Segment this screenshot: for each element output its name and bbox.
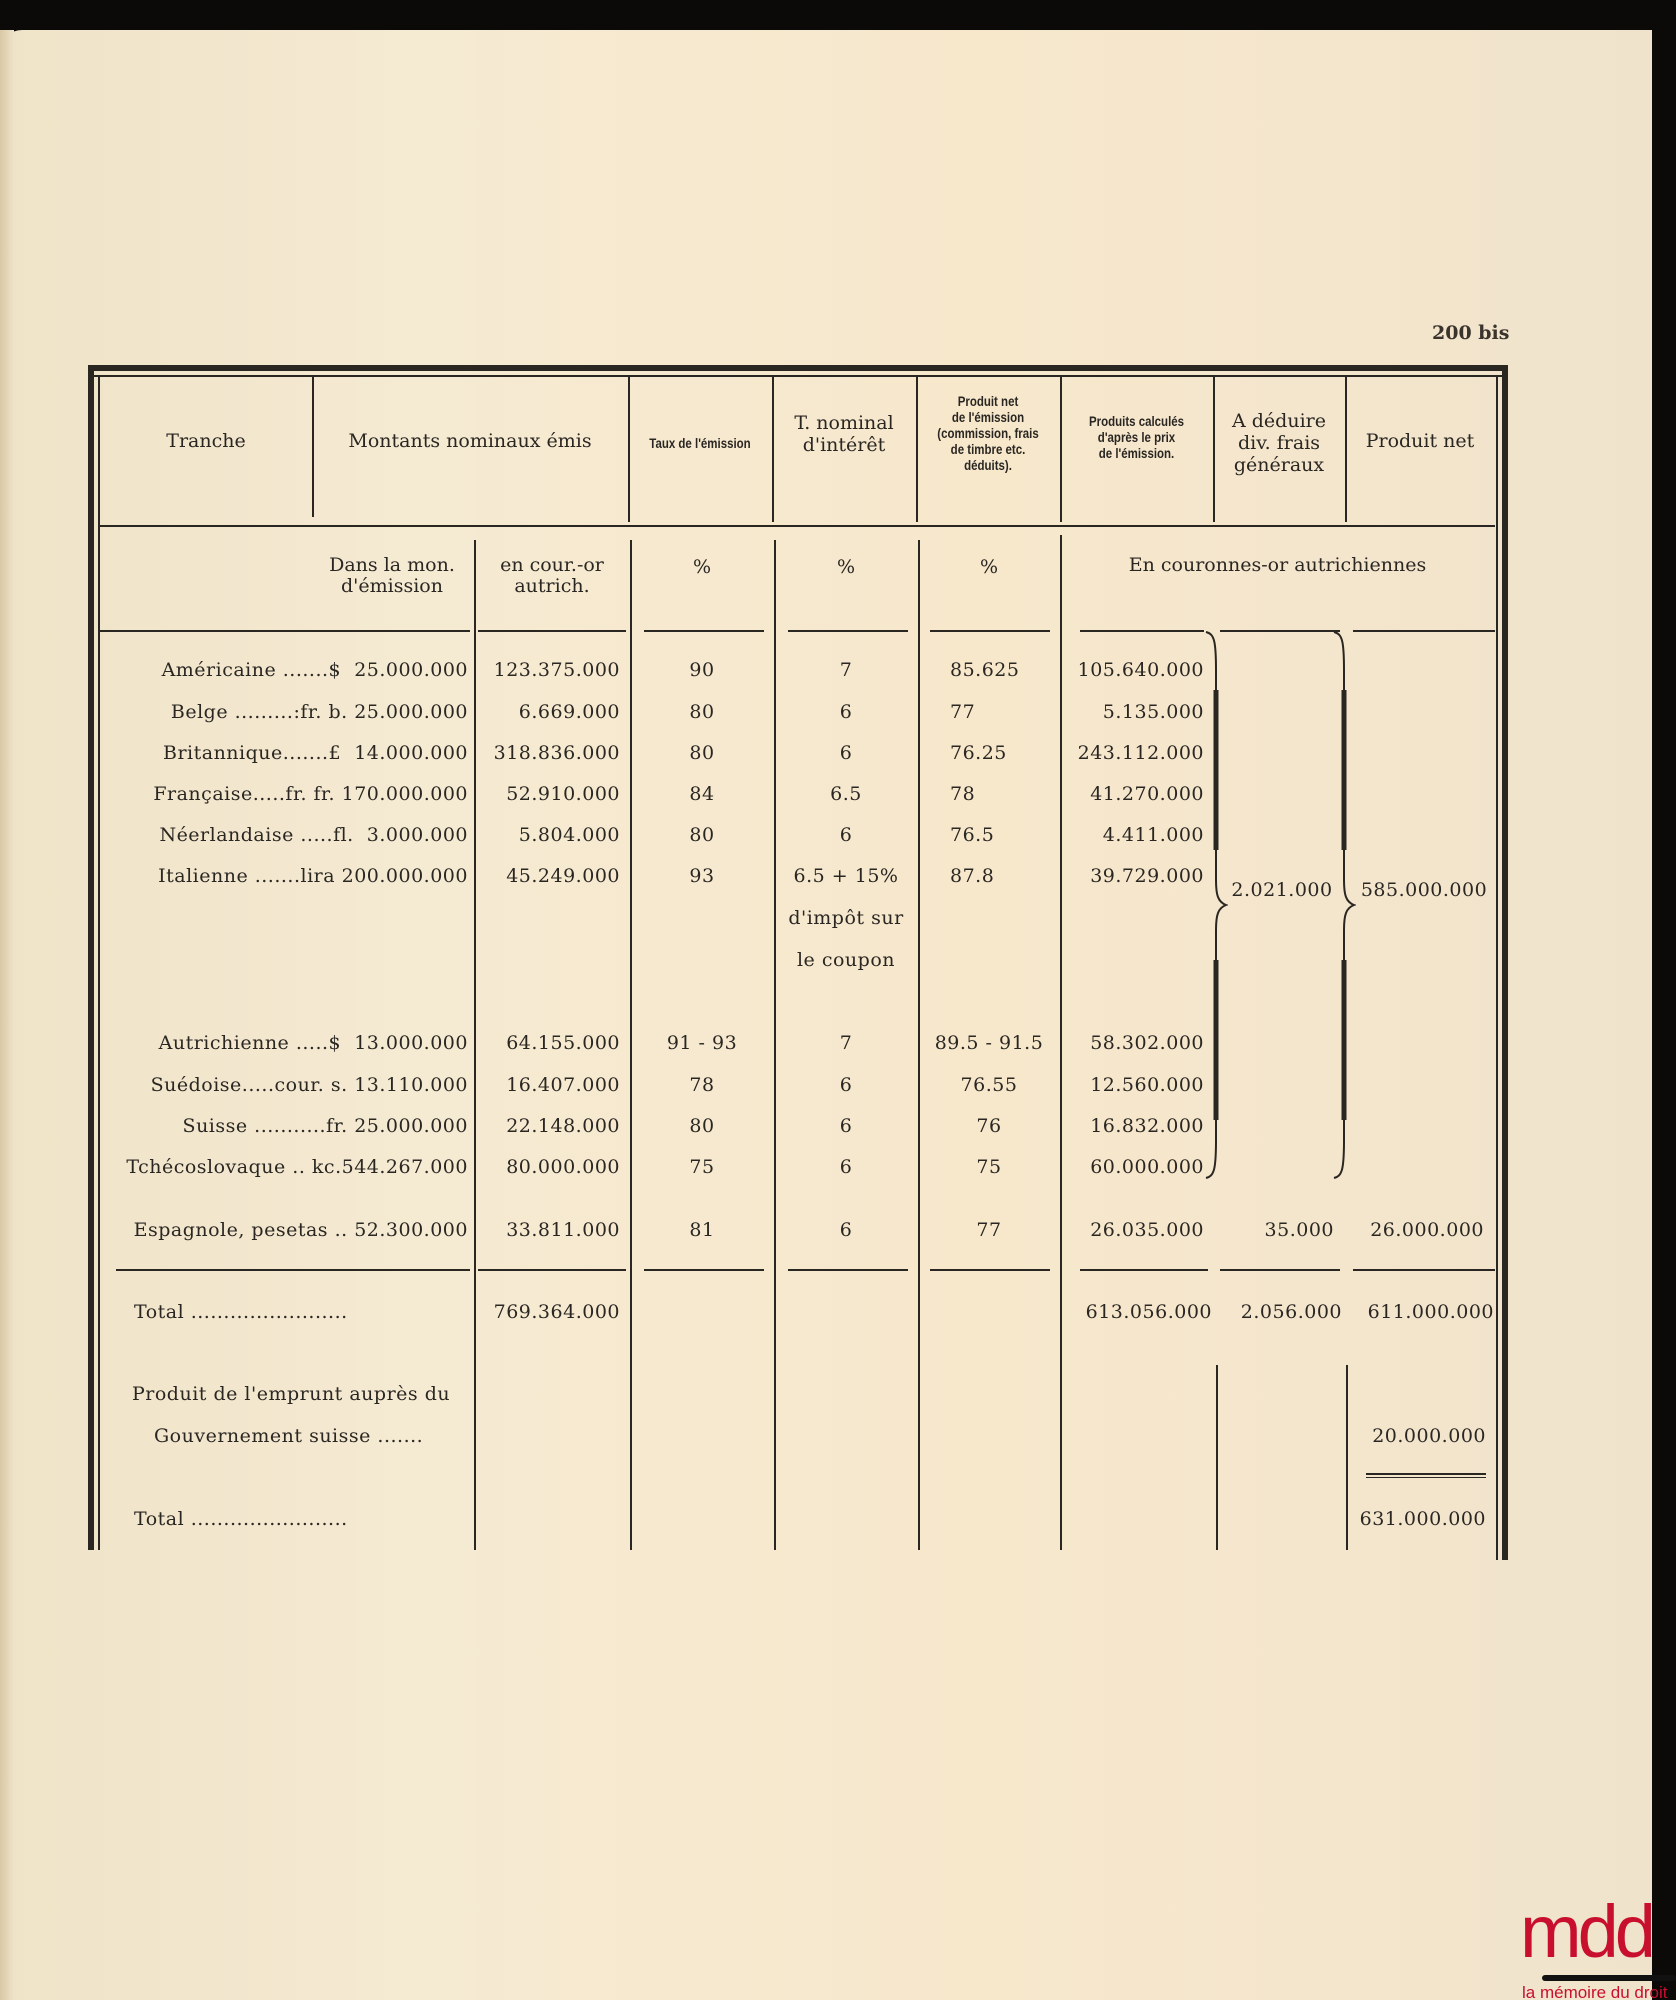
cell-calc: 5.135.000 [1060,701,1204,723]
cell-calc: 105.640.000 [1060,659,1204,681]
cell-tranche: Suédoise.....cour. s. 13.110.000 [102,1074,468,1096]
cell-cour-or: 45.249.000 [474,865,620,887]
loan-tranches-table: Tranche Montants nominaux émis Taux de l… [88,365,1508,1550]
unit-rule [644,630,764,632]
cell-calc: 39.729.000 [1060,865,1204,887]
table-border-right-inner [1496,375,1498,1560]
cell-nominal: 6 [774,1156,918,1178]
unit-rule [1353,630,1495,632]
cell-nominal: 6 [774,1115,918,1137]
sum-rule [1080,1269,1208,1271]
sum-rule [644,1269,764,1271]
cell-cour-or: 318.836.000 [474,742,620,764]
cell-net-pct: 76.25 [950,742,1060,764]
grand-total-label: Total ........................ [134,1508,464,1530]
header-rule [100,525,1495,527]
cell-tranche: Américaine .......$ 25.000.000 [102,659,468,681]
unit-rule [1220,630,1340,632]
cell-net-pct: 75 [918,1156,1060,1178]
header-divider [916,377,918,522]
cell-net-pct: 77 [950,701,1060,723]
total-deduire: 2.056.000 [1216,1301,1342,1323]
cell-taux: 75 [630,1156,774,1178]
cell-nominal: 6 [774,742,918,764]
cell-nominal: 6.5 [774,783,918,805]
table-border-left-inner [98,375,100,1550]
cell-nominal: 6 [774,1074,918,1096]
cell-produit-net: 26.000.000 [1346,1219,1484,1241]
cell-calc: 58.302.000 [1060,1032,1204,1054]
unit-dans-la-mon: Dans la mon. d'émission [314,555,470,597]
sum-rule [478,1269,626,1271]
unit-rule [100,630,470,632]
cell-cour-or: 80.000.000 [474,1156,620,1178]
sum-rule [116,1269,470,1271]
cell-taux: 84 [630,783,774,805]
cell-nominal-note: le coupon [774,949,918,971]
grand-total-produit-net: 631.000.000 [1346,1508,1486,1530]
column-divider [1216,1365,1218,1550]
emprunt-produit-net: 20.000.000 [1346,1425,1486,1447]
cell-nominal: 6 [774,824,918,846]
header-produits-calcules: Produits calculés d'après le prix de l'é… [1074,413,1199,461]
header-taux: Taux de l'émission [641,435,759,451]
total-label: Total ........................ [134,1301,464,1323]
cell-taux: 91 - 93 [630,1032,774,1054]
grouped-deduire: 2.021.000 [1222,879,1342,901]
cell-tranche: Tchécoslovaque .. kc.544.267.000 [102,1156,468,1178]
cell-net-pct: 77 [918,1219,1060,1241]
table-border-left [88,365,94,1550]
cell-taux: 80 [630,1115,774,1137]
right-brace-icon [1332,630,1356,1180]
cell-net-pct: 78 [950,783,1060,805]
table-border-top [88,365,1508,371]
cell-cour-or: 64.155.000 [474,1032,620,1054]
cell-cour-or: 22.148.000 [474,1115,620,1137]
cell-taux: 93 [630,865,774,887]
table-border-top-inner [94,375,1504,377]
cell-taux: 80 [630,701,774,723]
grouped-produit-net: 585.000.000 [1354,879,1494,901]
page-number: 200 bis [1432,322,1509,344]
cell-calc: 41.270.000 [1060,783,1204,805]
header-a-deduire: A déduire div. frais généraux [1213,411,1345,477]
header-tranche: Tranche [100,431,312,453]
emprunt-label-line2: Gouvernement suisse ....... [154,1425,470,1447]
cell-taux: 80 [630,824,774,846]
cell-cour-or: 6.669.000 [474,701,620,723]
cell-net-pct: 85.625 [950,659,1060,681]
emprunt-label-line1: Produit de l'emprunt auprès du [132,1383,472,1405]
unit-pct-taux: % [630,557,774,578]
cell-nominal: 6.5 + 15% [774,865,918,887]
cell-calc: 4.411.000 [1060,824,1204,846]
header-produit-net: Produit net [1345,431,1495,453]
cell-tranche: Belge .........:fr. b. 25.000.000 [102,701,468,723]
cell-cour-or: 16.407.000 [474,1074,620,1096]
header-divider [628,377,630,522]
total-calc: 613.056.000 [1060,1301,1212,1323]
total-produit-net: 611.000.000 [1346,1301,1494,1323]
logo-tagline: la mémoire du droit [1522,1983,1668,2000]
sum-rule [930,1269,1050,1271]
unit-couronnes: En couronnes-or autrichiennes [1060,555,1495,576]
cell-net-pct: 76.55 [918,1074,1060,1096]
unit-rule [788,630,908,632]
cell-nominal: 6 [774,1219,918,1241]
header-divider [1060,377,1062,522]
left-brace-icon [1204,630,1228,1180]
cell-tranche: Suisse ...........fr. 25.000.000 [102,1115,468,1137]
unit-pct-net: % [918,557,1060,578]
cell-cour-or: 52.910.000 [474,783,620,805]
cell-nominal-note: d'impôt sur [774,907,918,929]
cell-cour-or: 33.811.000 [474,1219,620,1241]
grand-sum-rule-2 [1366,1477,1486,1478]
table-border-right [1502,365,1508,1560]
grand-sum-rule [1366,1473,1486,1475]
cell-nominal: 7 [774,1032,918,1054]
cell-tranche: Néerlandaise .....fl. 3.000.000 [102,824,468,846]
unit-pct-nominal: % [774,557,918,578]
sum-rule [1353,1269,1495,1271]
cell-nominal: 6 [774,701,918,723]
cell-calc: 26.035.000 [1060,1219,1204,1241]
cell-taux: 80 [630,742,774,764]
cell-tranche: Espagnole, pesetas .. 52.300.000 [102,1219,468,1241]
logo-mark: mdd [1520,1895,1652,1969]
cell-calc: 16.832.000 [1060,1115,1204,1137]
unit-rule [478,630,626,632]
cell-net-pct: 89.5 - 91.5 [918,1032,1060,1054]
header-montants: Montants nominaux émis [312,431,628,453]
cell-deduire: 35.000 [1216,1219,1334,1241]
header-produit-net-emission: Produit net de l'émission (commission, f… [929,393,1047,473]
cell-net-pct: 76.5 [950,824,1060,846]
header-t-nominal: T. nominal d'intérêt [772,413,916,457]
cell-tranche: Française.....fr. fr. 170.000.000 [102,783,468,805]
cell-nominal: 7 [774,659,918,681]
cell-taux: 81 [630,1219,774,1241]
cell-tranche: Britannique.......£ 14.000.000 [102,742,468,764]
cell-tranche: Italienne .......lira 200.000.000 [102,865,468,887]
unit-rule [1080,630,1204,632]
unit-rule [930,630,1050,632]
sum-rule [1220,1269,1340,1271]
cell-taux: 78 [630,1074,774,1096]
page-spine-shadow [0,30,14,2000]
cell-calc: 243.112.000 [1060,742,1204,764]
cell-calc: 60.000.000 [1060,1156,1204,1178]
cell-cour-or: 123.375.000 [474,659,620,681]
cell-net-pct: 76 [918,1115,1060,1137]
logo-bar [1542,1975,1676,1981]
mdd-logo: mdd la mémoire du droit [1500,1895,1676,2000]
sum-rule [788,1269,908,1271]
unit-en-cour-or: en cour.-or autrich. [474,555,630,597]
cell-net-pct: 87.8 [950,865,1060,887]
cell-calc: 12.560.000 [1060,1074,1204,1096]
total-cour-or: 769.364.000 [474,1301,620,1323]
cell-cour-or: 5.804.000 [474,824,620,846]
cell-taux: 90 [630,659,774,681]
cell-tranche: Autrichienne .....$ 13.000.000 [102,1032,468,1054]
